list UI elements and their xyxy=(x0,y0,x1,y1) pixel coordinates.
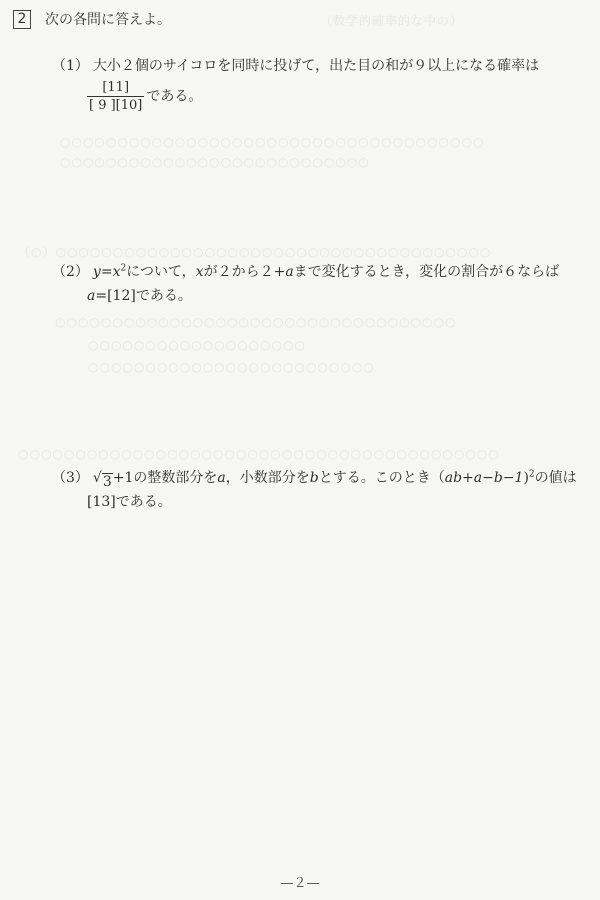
question-text: 大小２個のサイコロを同時に投げて，出た目の和が９以上になる確率は xyxy=(93,58,539,74)
question-1-line2: [11] [ 9 ][10] である。 xyxy=(52,80,539,113)
square-root: √3 xyxy=(93,466,113,490)
math-variable: a xyxy=(285,264,293,280)
question-3-line1: （3）√3+1の整数部分をa，小数部分をbとする。このとき（ab+a−b−1)2… xyxy=(52,466,577,490)
question-2-line1: （2）y=x2について，xが２から２+aまで変化するとき，変化の割合が６ならば xyxy=(52,260,559,284)
question-1-line1: （1）大小２個のサイコロを同時に投げて，出た目の和が９以上になる確率は xyxy=(52,54,539,78)
question-text: の値は xyxy=(535,470,577,486)
section-header: 2 次の各問に答えよ。 xyxy=(13,9,171,29)
question-3-line2: [13]である。 xyxy=(52,490,577,514)
question-text: とする。このとき（ xyxy=(319,470,445,486)
question-number: （2） xyxy=(52,264,89,280)
question-number: （3） xyxy=(52,470,89,486)
answer-blank-12: =[12]である。 xyxy=(95,288,191,304)
question-text: である。 xyxy=(146,89,202,105)
answer-blank-13: [13]である。 xyxy=(87,494,172,510)
bleed-through-text: ○○○○○○○○○○○○○○○○○○○○○○○○○○○○○○○○○○○○○○○○… xyxy=(18,447,500,461)
math-variable: a xyxy=(217,470,225,486)
probability-fraction: [11] [ 9 ][10] xyxy=(87,80,144,113)
bleed-through-text: ○○○○○○○○○○○○○○○○○○○○○○○○○○○ xyxy=(60,155,370,169)
bleed-through-text: ○○○○○○○○○○○○○○○○○○○○○○○○○○○○○○○○○○○○○ xyxy=(60,135,484,149)
question-2-line2: a=[12]である。 xyxy=(52,284,559,308)
question-text: +1の整数部分を xyxy=(113,470,218,486)
math-variable: y xyxy=(93,264,101,280)
page-number: —２— xyxy=(0,872,600,891)
bleed-through-text: （数学的確率的な中の） xyxy=(320,12,463,29)
answer-blank-9-10: [ 9 ][10] xyxy=(87,96,144,113)
question-text: が２から２+ xyxy=(204,264,286,280)
radicand: 3 xyxy=(102,473,113,490)
radical-icon: √ xyxy=(93,466,102,490)
question-text: まで変化するとき，変化の割合が６ならば xyxy=(294,264,559,280)
math-operator: = xyxy=(101,264,113,280)
math-variable: b xyxy=(310,470,319,486)
answer-blank-11: [11] xyxy=(96,80,135,96)
math-variable: x xyxy=(196,264,204,280)
bleed-through-text: （○）○○○○○○○○○○○○○○○○○○○○○○○○○○○○○○○○○○○○○… xyxy=(18,243,491,260)
math-expression: ab+a−b−1 xyxy=(445,470,524,486)
question-2: （2）y=x2について，xが２から２+aまで変化するとき，変化の割合が６ならば … xyxy=(52,260,559,308)
bleed-through-text: ○○○○○○○○○○○○○○○○○○○○○○○○○○○○○○○○○○○ xyxy=(55,315,456,329)
question-number: （1） xyxy=(52,58,89,74)
bleed-through-text: ○○○○○○○○○○○○○○○○○○○○○○○○○ xyxy=(88,360,375,374)
question-3: （3）√3+1の整数部分をa，小数部分をbとする。このとき（ab+a−b−1)2… xyxy=(52,466,577,514)
question-text: について， xyxy=(126,264,195,280)
bleed-through-text: ○○○○○○○○○○○○○○○○○○○ xyxy=(88,338,306,352)
section-number-box: 2 xyxy=(13,10,31,29)
section-instruction: 次の各問に答えよ。 xyxy=(45,9,171,29)
question-text: ，小数部分を xyxy=(226,470,310,486)
question-1: （1）大小２個のサイコロを同時に投げて，出た目の和が９以上になる確率は [11]… xyxy=(52,54,539,113)
